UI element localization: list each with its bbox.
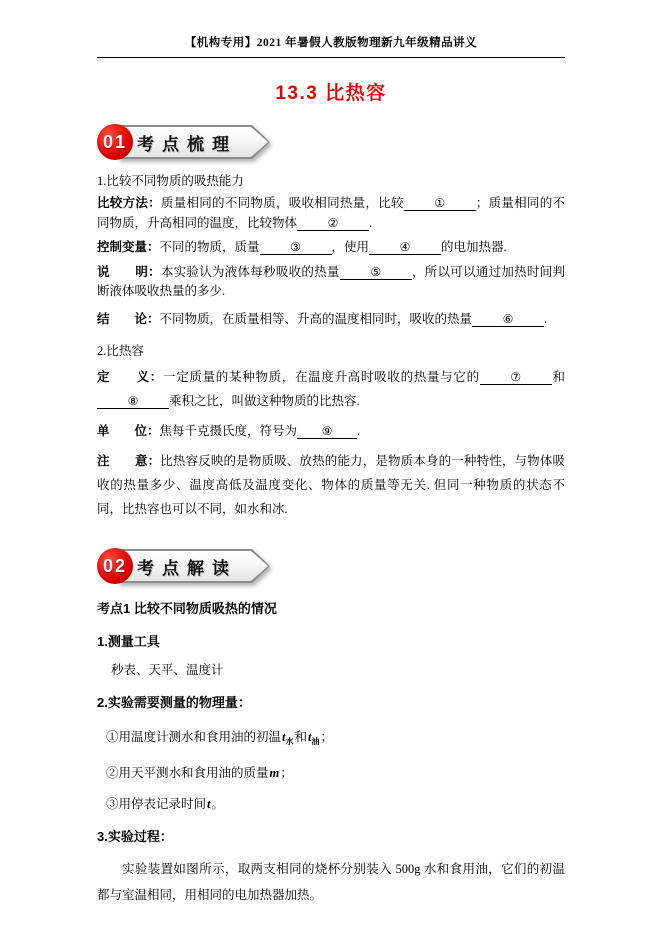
- blank-2: ②: [297, 217, 369, 231]
- paragraph-unit: 单 位：焦每千克摄氏度，符号为⑨.: [97, 419, 565, 443]
- text-segment: 和: [295, 730, 308, 744]
- paragraph-control-variable: 控制变量：不同的物质，质量③，使用④的电加热器.: [97, 238, 565, 258]
- page-title: 13.3 比热容: [97, 78, 565, 105]
- document-body: 【机构专用】2021 年暑假人教版物理新九年级精品讲义 13.3 比热容 考点梳…: [0, 0, 661, 909]
- section-badge-label: 考点解读: [120, 554, 237, 579]
- text-segment: 不同物质，在质量相等、升高的温度相同时，吸收的热量: [160, 312, 473, 326]
- text-segment: 一定质量的某种物质，在温度升高时吸收的热量与它的: [163, 370, 480, 384]
- text-segment: 乘积之比，叫做这种物质的比热容.: [169, 394, 360, 408]
- variable-t-oil: t油: [307, 730, 320, 744]
- quantity-item-3: ③用停表记录时间t。: [97, 794, 565, 812]
- quantity-item-2: ②用天平测水和食用油的质量m；: [97, 763, 565, 781]
- tools-list: 秒表、天平、温度计: [97, 660, 565, 678]
- process-heading: 3.实验过程：: [97, 826, 565, 845]
- tools-heading: 1.测量工具: [97, 631, 565, 650]
- kaodian-1-heading: 考点1 比较不同物质吸热的情况: [97, 598, 565, 617]
- label-unit: 单 位：: [97, 424, 160, 438]
- variable-m: m: [269, 766, 281, 780]
- text-segment: .: [544, 312, 547, 326]
- subscript-water: 水: [286, 737, 294, 746]
- label-note: 说 明：: [97, 265, 161, 279]
- text-segment: 焦每千克摄氏度，符号为: [160, 424, 298, 438]
- text-segment: 本实验认为液体每秒吸收的热量: [161, 265, 340, 279]
- outline-section: 1.比较不同物质的吸热能力 比较方法：质量相同的不同物质，吸收相同热量，比较①；…: [97, 171, 565, 521]
- outline-heading-2: 2.比热容: [97, 341, 565, 359]
- text-segment: 和: [552, 370, 565, 384]
- blank-8: ⑧: [97, 395, 169, 409]
- document-page: 【机构专用】2021 年暑假人教版物理新九年级精品讲义 13.3 比热容 考点梳…: [0, 0, 661, 935]
- quantity-item-1: ①用温度计测水和食用油的初温t水和t油；: [97, 727, 565, 747]
- section-number-circle: 02: [97, 548, 133, 584]
- label-compare-method: 比较方法：: [97, 196, 161, 210]
- blank-3: ③: [260, 241, 332, 255]
- blank-4: ④: [369, 241, 441, 255]
- text-segment: 不同的物质，质量: [160, 240, 260, 254]
- banner-arrow-shape: 考点解读: [118, 549, 270, 583]
- section-badge-01: 考点梳理 01: [97, 122, 565, 162]
- process-paragraph: 实验装置如图所示，取两支相同的烧杯分别装入 500g 水和食用油，它们的初温都与…: [97, 856, 565, 909]
- paragraph-note: 说 明：本实验认为液体每秒吸收的热量⑤，所以可以通过加热时间判断液体吸收热量的多…: [97, 263, 565, 302]
- section-badge-02: 考点解读 02: [97, 546, 565, 586]
- reading-section: 考点1 比较不同物质吸热的情况 1.测量工具 秒表、天平、温度计 2.实验需要测…: [97, 598, 565, 909]
- text-segment: .: [369, 216, 372, 230]
- blank-6: ⑥: [472, 313, 544, 327]
- label-definition: 定 义：: [97, 370, 163, 384]
- text-segment: ③用停表记录时间: [106, 797, 206, 811]
- text-segment: ；: [321, 730, 334, 744]
- text-segment: 比热容反映的是物质吸、放热的能力，是物质本身的一种特性，与物体吸收的热量多少、温…: [97, 454, 565, 516]
- label-control-variable: 控制变量：: [97, 240, 160, 254]
- text-segment: ；: [280, 766, 293, 780]
- outline-heading-1: 1.比较不同物质的吸热能力: [97, 171, 565, 189]
- specific-heat-block: 定 义：一定质量的某种物质，在温度升高时吸收的热量与它的⑦和⑧乘积之比，叫做这种…: [97, 365, 565, 521]
- page-header: 【机构专用】2021 年暑假人教版物理新九年级精品讲义: [97, 34, 565, 58]
- paragraph-caution: 注 意：比热容反映的是物质吸、放热的能力，是物质本身的一种特性，与物体吸收的热量…: [97, 449, 565, 521]
- banner-face: 考点解读: [120, 551, 268, 581]
- blank-7: ⑦: [480, 371, 552, 385]
- text-segment: 的电加热器.: [441, 240, 507, 254]
- text-segment: .: [357, 424, 360, 438]
- blank-5: ⑤: [340, 266, 412, 280]
- text-segment: ①用温度计测水和食用油的初温: [106, 730, 281, 744]
- text-segment: ②用天平测水和食用油的质量: [106, 766, 269, 780]
- blank-9: ⑨: [297, 425, 357, 439]
- variable-t-water: t水: [281, 730, 294, 744]
- blank-1: ①: [404, 197, 476, 211]
- banner-face: 考点梳理: [120, 127, 268, 157]
- subscript-oil: 油: [312, 737, 320, 746]
- text-segment: 质量相同的不同物质，吸收相同热量，比较: [161, 196, 404, 210]
- label-caution: 注 意：: [97, 454, 160, 468]
- paragraph-definition: 定 义：一定质量的某种物质，在温度升高时吸收的热量与它的⑦和⑧乘积之比，叫做这种…: [97, 365, 565, 413]
- quantities-heading: 2.实验需要测量的物理量：: [97, 692, 565, 711]
- section-badge-label: 考点梳理: [120, 130, 237, 155]
- text-segment: 。: [212, 797, 225, 811]
- text-segment: ，使用: [332, 240, 370, 254]
- paragraph-compare-method: 比较方法：质量相同的不同物质，吸收相同热量，比较①；质量相同的不同物质，升高相同…: [97, 194, 565, 233]
- banner-arrow-shape: 考点梳理: [118, 125, 270, 159]
- paragraph-conclusion: 结 论：不同物质，在质量相等、升高的温度相同时，吸收的热量⑥.: [97, 310, 565, 330]
- section-number-circle: 01: [97, 124, 133, 160]
- label-conclusion: 结 论：: [97, 312, 160, 326]
